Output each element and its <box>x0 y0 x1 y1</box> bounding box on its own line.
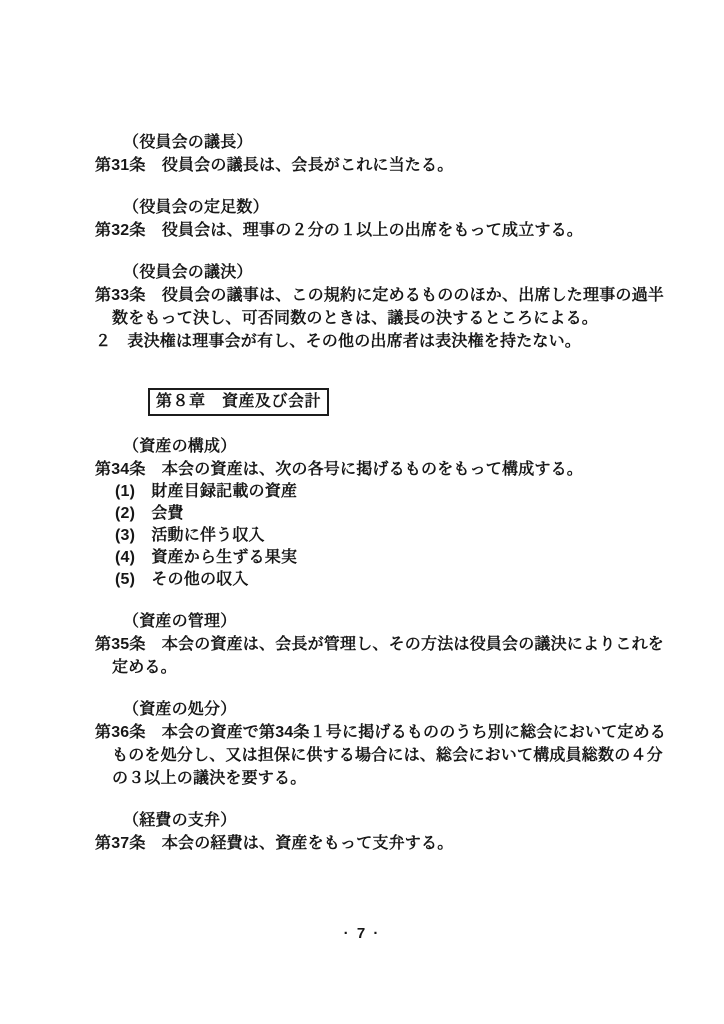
section-label: （役員会の議長） <box>95 131 675 154</box>
section-article-32: （役員会の定足数） 第32条 役員会は、理事の２分の１以上の出席をもって成立する… <box>95 196 675 242</box>
article-line: 第36条 本会の資産で第34条１号に掲げるもののうち別に総会において定める <box>95 721 675 744</box>
section-article-34: （資産の構成） 第34条 本会の資産は、次の各号に掲げるものをもって構成する。 … <box>95 435 675 591</box>
article-line: 第31条 役員会の議長は、会長がこれに当たる。 <box>95 154 675 177</box>
article-line: 第32条 役員会は、理事の２分の１以上の出席をもって成立する。 <box>95 219 675 242</box>
article-line-continued: 数をもって決し、可否同数のときは、議長の決するところによる。 <box>95 307 675 330</box>
section-article-35: （資産の管理） 第35条 本会の資産は、会長が管理し、その方法は役員会の議決によ… <box>95 610 675 679</box>
section-article-37: （経費の支弁） 第37条 本会の経費は、資産をもって支弁する。 <box>95 809 675 855</box>
ordered-item: (4) 資産から生ずる果実 <box>95 547 675 569</box>
document-body: （役員会の議長） 第31条 役員会の議長は、会長がこれに当たる。 （役員会の定足… <box>95 131 675 855</box>
section-article-36: （資産の処分） 第36条 本会の資産で第34条１号に掲げるもののうち別に総会にお… <box>95 698 675 790</box>
chapter-heading: 第８章 資産及び会計 <box>148 388 329 416</box>
section-label: （資産の管理） <box>95 610 675 633</box>
ordered-item: (1) 財産目録記載の資産 <box>95 481 675 503</box>
article-line: 第37条 本会の経費は、資産をもって支弁する。 <box>95 832 675 855</box>
article-line-continued: 定める。 <box>95 656 675 679</box>
section-label: （資産の処分） <box>95 698 675 721</box>
article-line-continued: ものを処分し、又は担保に供する場合には、総会において構成員総数の４分 <box>95 744 675 767</box>
ordered-item: (3) 活動に伴う収入 <box>95 525 675 547</box>
page-number: · 7 · <box>0 924 724 944</box>
article-line: 第33条 役員会の議事は、この規約に定めるもののほか、出席した理事の過半 <box>95 284 675 307</box>
section-label: （役員会の定足数） <box>95 196 675 219</box>
section-article-33: （役員会の議決） 第33条 役員会の議事は、この規約に定めるもののほか、出席した… <box>95 261 675 353</box>
section-label: （経費の支弁） <box>95 809 675 832</box>
ordered-item: (5) その他の収入 <box>95 569 675 591</box>
ordered-item: (2) 会費 <box>95 503 675 525</box>
article-line: 第35条 本会の資産は、会長が管理し、その方法は役員会の議決によりこれを <box>95 633 675 656</box>
section-label: （役員会の議決） <box>95 261 675 284</box>
section-article-31: （役員会の議長） 第31条 役員会の議長は、会長がこれに当たる。 <box>95 131 675 177</box>
document-page: （役員会の議長） 第31条 役員会の議長は、会長がこれに当たる。 （役員会の定足… <box>0 0 724 1024</box>
chapter-heading-wrap: 第８章 資産及び会計 <box>95 388 675 416</box>
article-paragraph-2: ２ 表決権は理事会が有し、その他の出席者は表決権を持たない。 <box>95 330 675 353</box>
article-line-continued: の３以上の議決を要する。 <box>95 767 675 790</box>
article-line: 第34条 本会の資産は、次の各号に掲げるものをもって構成する。 <box>95 458 675 481</box>
section-label: （資産の構成） <box>95 435 675 458</box>
